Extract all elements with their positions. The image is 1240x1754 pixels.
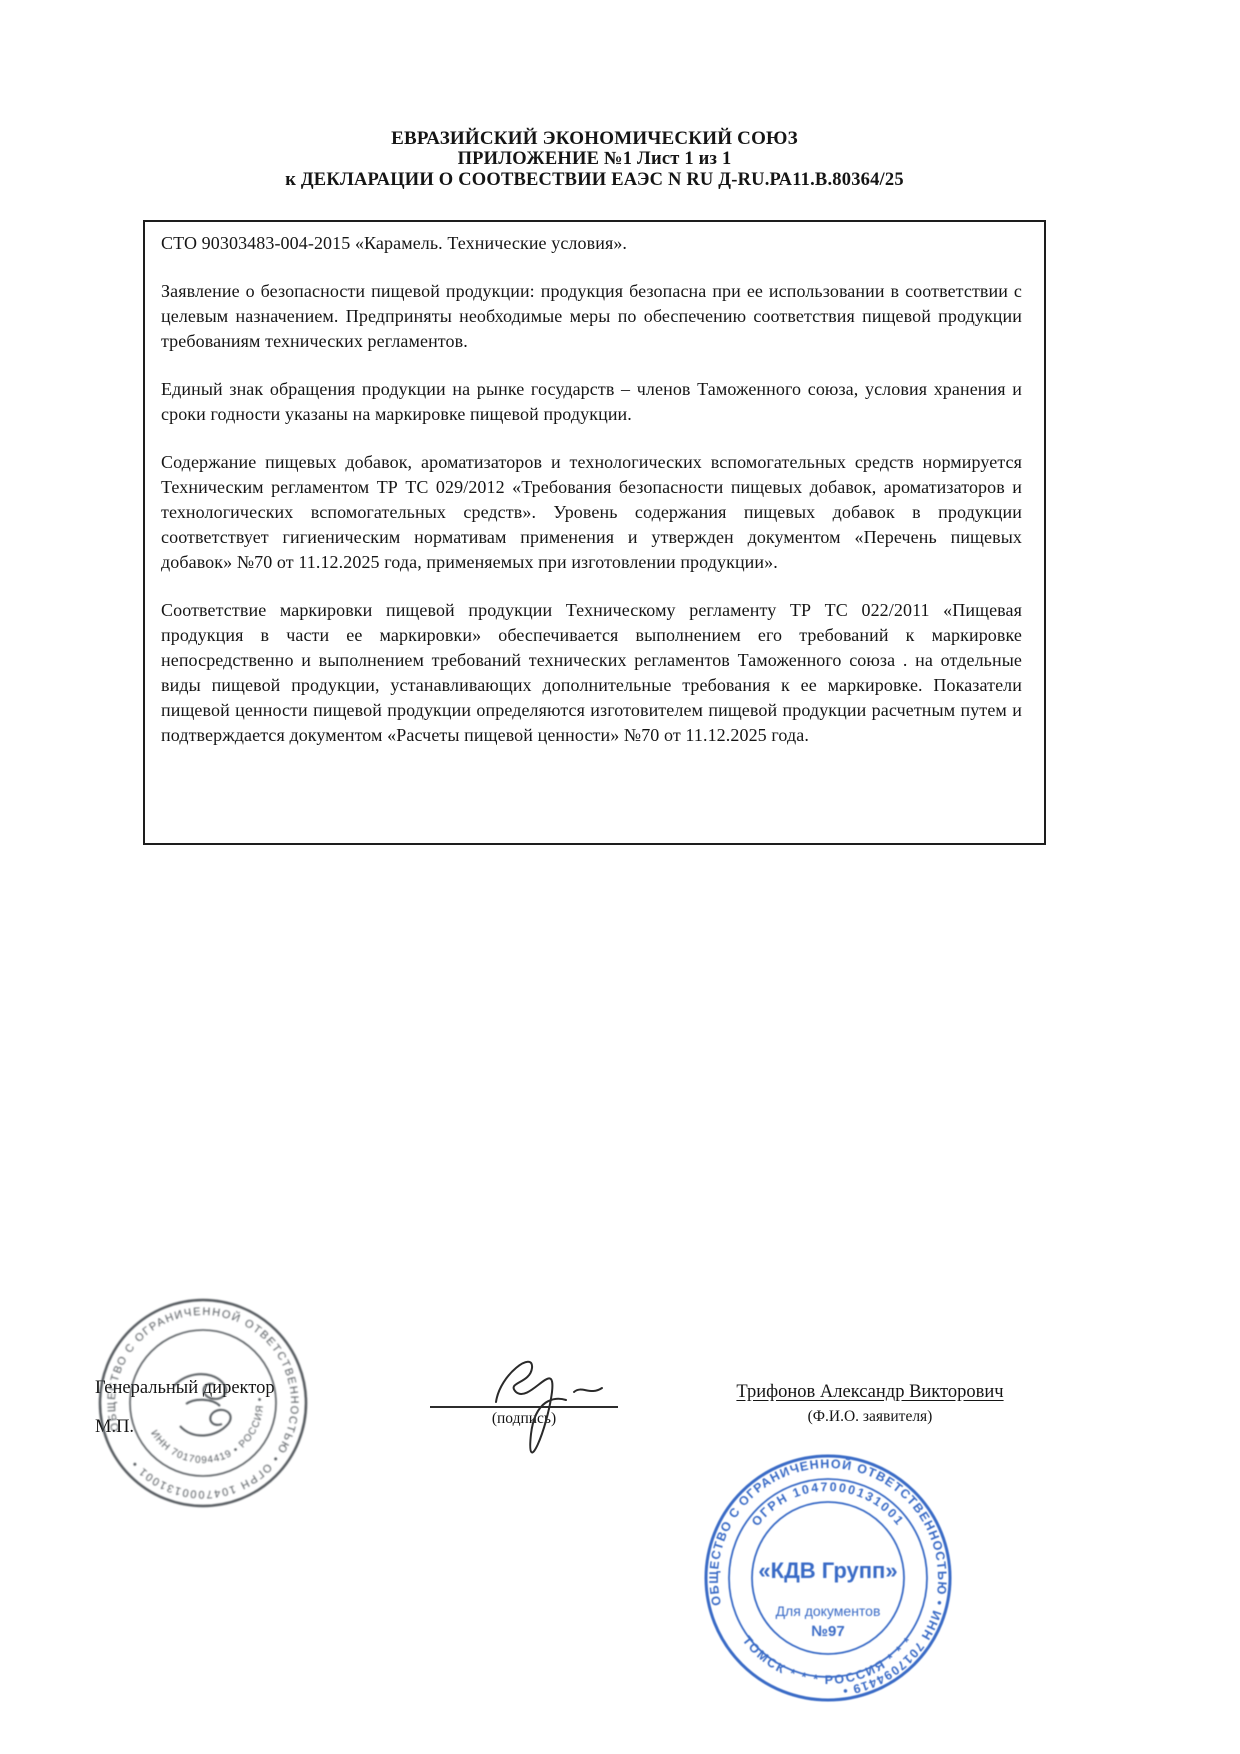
document-header: ЕВРАЗИЙСКИЙ ЭКОНОМИЧЕСКИЙ СОЮЗ ПРИЛОЖЕНИ…	[143, 128, 1046, 191]
round-stamp-black-icon: ОБЩЕСТВО С ОГРАНИЧЕННОЙ ОТВЕТСТВЕННОСТЬЮ…	[94, 1294, 312, 1512]
declaration-text-box: СТО 90303483-004-2015 «Карамель. Техниче…	[143, 220, 1046, 845]
blue-stamp-company-name: «КДВ Групп»	[758, 1558, 897, 1583]
black-stamp-emblem-icon	[174, 1374, 231, 1435]
blue-stamp-number-text: №97	[811, 1623, 844, 1640]
svg-text:ОБЩЕСТВО С ОГРАНИЧЕННОЙ ОТВЕТС: ОБЩЕСТВО С ОГРАНИЧЕННОЙ ОТВЕТСТВЕННОСТЬЮ…	[94, 1294, 312, 1512]
paragraph-sto-standard: СТО 90303483-004-2015 «Карамель. Техниче…	[161, 231, 1022, 256]
black-stamp-outer-text: ОБЩЕСТВО С ОГРАНИЧЕННОЙ ОТВЕТСТВЕННОСТЬЮ…	[94, 1294, 312, 1512]
applicant-name: Трифонов Александр Викторович	[712, 1382, 1028, 1403]
header-union-title: ЕВРАЗИЙСКИЙ ЭКОНОМИЧЕСКИЙ СОЮЗ	[143, 128, 1046, 149]
signature-mark	[468, 1330, 638, 1490]
paragraph-labelling: Соответствие маркировки пищевой продукци…	[161, 598, 1022, 748]
paragraph-eac-mark: Единый знак обращения продукции на рынке…	[161, 377, 1022, 427]
round-stamp-blue-icon: ОБЩЕСТВО С ОГРАНИЧЕННОЙ ОТВЕТСТВЕННОСТЬЮ…	[700, 1450, 956, 1706]
applicant-caption: (Ф.И.О. заявителя)	[712, 1408, 1028, 1426]
header-annex-line: ПРИЛОЖЕНИЕ №1 Лист 1 из 1	[143, 149, 1046, 170]
svg-text:ОГРН 1047000131001: ОГРН 1047000131001	[749, 1480, 907, 1529]
header-declaration-number: к ДЕКЛАРАЦИИ О СООТВЕСТВИИ ЕАЭС N RU Д-R…	[143, 170, 1046, 191]
blue-stamp-purpose-text: Для документов	[776, 1603, 881, 1619]
paragraph-additives: Содержание пищевых добавок, ароматизатор…	[161, 450, 1022, 575]
paragraph-safety-statement: Заявление о безопасности пищевой продукц…	[161, 279, 1022, 354]
blue-stamp-ogrn-text: ОГРН 1047000131001	[749, 1480, 907, 1529]
document-page: ЕВРАЗИЙСКИЙ ЭКОНОМИЧЕСКИЙ СОЮЗ ПРИЛОЖЕНИ…	[0, 0, 1240, 1754]
